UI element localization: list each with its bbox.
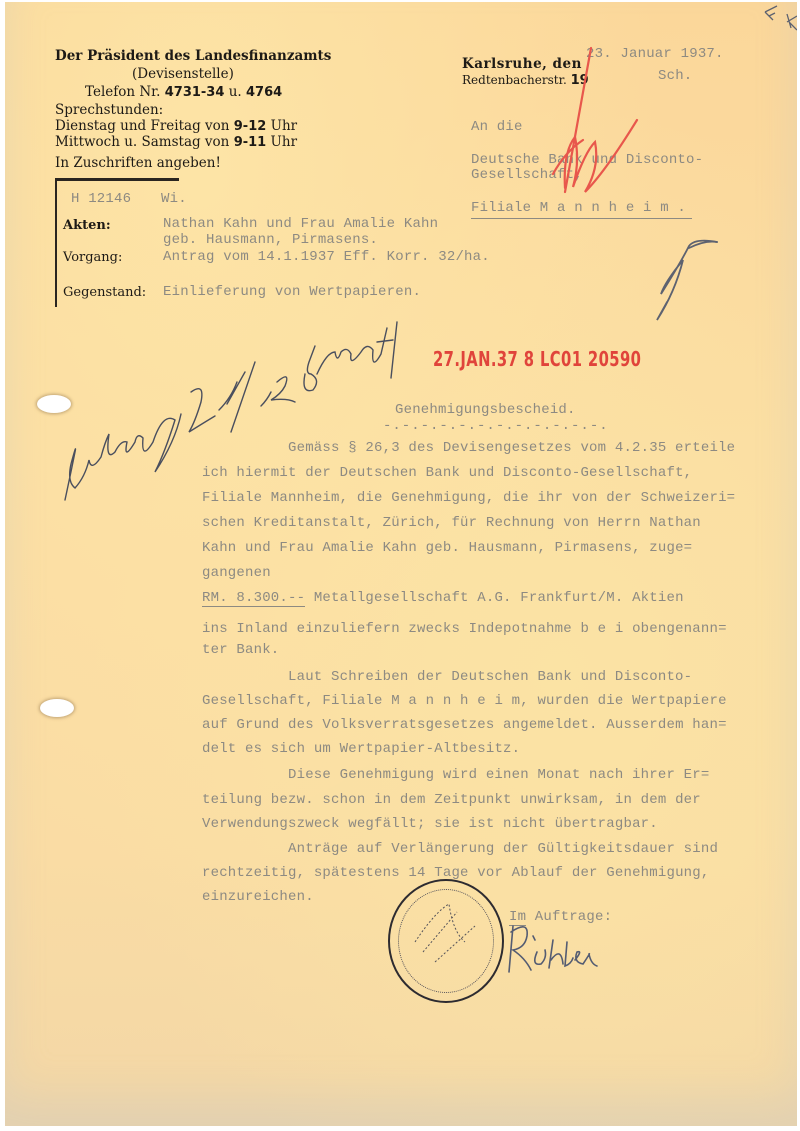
phone-extra: 4764 [246, 85, 282, 100]
letter-date: 23. Januar 1937. [586, 44, 724, 64]
recipient-branch: Filiale M a n n h e i m . [471, 198, 692, 219]
body-line: Laut Schreiben der Deutschen Bank und Di… [288, 667, 692, 687]
pencil-checkmark [657, 241, 717, 320]
punch-hole-top [37, 395, 71, 413]
reference-note: In Zuschriften angeben! [55, 155, 221, 171]
body-line: Verwendungszweck wegfällt; sie ist nicht… [202, 814, 658, 834]
body-line: Filiale Mannheim, die Genehmigung, die i… [202, 488, 735, 508]
authority-department: (Devisenstelle) [132, 66, 234, 82]
body-line: ins Inland einzuliefern zwecks Indepotna… [202, 619, 727, 639]
akten-line1: Nathan Kahn und Frau Amalie Kahn [163, 216, 438, 232]
punch-hole-bottom [40, 699, 74, 717]
hours-line2-time: 9-11 [234, 135, 267, 150]
vorgang-value: Antrag vom 14.1.1937 Eff. Korr. 32/ha. [163, 247, 490, 267]
street-line: Redtenbacherstr. 19 [462, 72, 589, 89]
hours-line1-prefix: Dienstag und Freitag von [55, 118, 229, 134]
body-line: schen Kreditanstalt, Zürich, für Rechnun… [202, 513, 701, 533]
amount: RM. 8.300.-- [202, 590, 305, 607]
vorgang-label: Vorgang: [63, 250, 122, 265]
recipient-name-line2: Gesellschaft, [471, 167, 583, 183]
amount-description: Metallgesellschaft A.G. Frankfurt/M. Akt… [305, 590, 683, 606]
phone-prefix: Telefon Nr. [85, 84, 160, 100]
body-line: Diese Genehmigung wird einen Monat nach … [288, 765, 709, 785]
body-line: Anträge auf Verlängerung der Gültigkeits… [288, 839, 718, 859]
phone-line: Telefon Nr. 4731-34 u. 4764 [85, 84, 282, 101]
hours-line1-suffix: Uhr [271, 118, 298, 134]
corner-initials-icon [765, 6, 797, 30]
body-line: delt es sich um Wertpapier-Altbesitz. [202, 739, 520, 759]
city-label: Karlsruhe, den [462, 56, 582, 72]
phone-numbers: 4731-34 [165, 85, 225, 100]
hours-line2-prefix: Mittwoch u. Samstag von [55, 134, 229, 150]
authority-name: Der Präsident des Landesfinanzamts [55, 48, 331, 64]
signature-kuehler [509, 926, 597, 972]
gegenstand-value: Einlieferung von Wertpapieren. [163, 282, 421, 302]
body-line: Kahn und Frau Amalie Kahn geb. Hausmann,… [202, 538, 692, 558]
body-line: Gesellschaft, Filiale M a n n h e i m, w… [202, 691, 727, 711]
on-behalf-label: Im Auftrage: [509, 907, 612, 927]
phone-and: u. [229, 84, 242, 100]
akten-line2: geb. Hausmann, Pirmasens. [163, 232, 378, 248]
body-line: einzureichen. [202, 887, 314, 907]
body-line: auf Grund des Volksverratsgesetzes angem… [202, 715, 727, 735]
office-hours-label: Sprechstunden: [55, 102, 163, 118]
street-label: Redtenbacherstr. [462, 73, 567, 87]
recipient-name-line1: Deutsche Bank und Disconto- [471, 152, 703, 168]
receipt-stamp: 27.JAN.37 8 LC01 20590 [433, 347, 641, 371]
decision-title-rule: -.-.-.-.-.-.-.-.-.-.-.-. [383, 416, 609, 436]
akten-label: Akten: [63, 218, 111, 233]
typist-initials: Sch. [658, 66, 692, 86]
body-line: Gemäss § 26,3 des Devisengesetzes vom 4.… [288, 438, 735, 458]
street-number: 19 [571, 73, 589, 88]
body-line: ter Bank. [202, 640, 279, 660]
body-line: teilung bezw. schon in dem Zeitpunkt unw… [202, 790, 701, 810]
recipient-salutation: An die [471, 117, 523, 137]
document-page: Der Präsident des Landesfinanzamts (Devi… [5, 2, 797, 1126]
securities-line: RM. 8.300.-- Metallgesellschaft A.G. Fra… [202, 588, 684, 608]
office-hours-line1: Dienstag und Freitag von 9-12 Uhr [55, 118, 297, 135]
hours-line1-time: 9-12 [234, 119, 267, 134]
body-line: gangenen [202, 563, 271, 583]
office-hours-line2: Mittwoch u. Samstag von 9-11 Uhr [55, 134, 297, 151]
hours-line2-suffix: Uhr [271, 134, 298, 150]
file-number: H 12146 [71, 189, 131, 209]
body-line: ich hiermit der Deutschen Bank und Disco… [202, 463, 692, 483]
clerk-code: Wi. [161, 189, 187, 209]
official-seal [388, 879, 504, 1003]
gegenstand-label: Gegenstand: [63, 285, 146, 300]
